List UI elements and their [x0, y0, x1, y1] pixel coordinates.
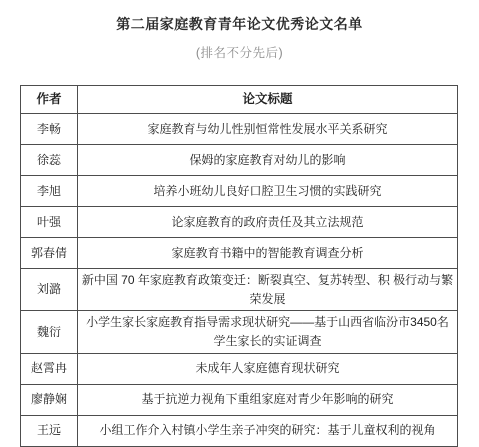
paper-title-cell: 保姆的家庭教育对幼儿的影响	[78, 145, 458, 176]
table-row: 郭春倩 家庭教育书籍中的智能教育调查分析	[21, 238, 458, 269]
author-cell: 刘潞	[21, 269, 78, 311]
table-row: 叶强 论家庭教育的政府责任及其立法规范	[21, 207, 458, 238]
author-cell: 叶强	[21, 207, 78, 238]
paper-title-cell: 基于抗逆力视角下重组家庭对青少年影响的研究	[78, 384, 458, 415]
header-paper-title: 论文标题	[78, 86, 458, 114]
papers-table: 作者 论文标题 李畅 家庭教育与幼儿性别恒常性发展水平关系研究 徐蕊 保姆的家庭…	[20, 85, 458, 446]
paper-title-cell: 小组工作介入村镇小学生亲子冲突的研究：基于儿童权利的视角	[78, 415, 458, 446]
author-cell: 廖静娴	[21, 384, 78, 415]
table-row: 李旭 培养小班幼儿良好口腔卫生习惯的实践研究	[21, 176, 458, 207]
paper-title-cell: 培养小班幼儿良好口腔卫生习惯的实践研究	[78, 176, 458, 207]
author-cell: 李畅	[21, 114, 78, 145]
document-page: 第二届家庭教育青年论文优秀论文名单 (排名不分先后) 作者 论文标题 李畅 家庭…	[0, 0, 479, 447]
paper-title-cell: 新中国 70 年家庭教育政策变迁：断裂真空、复苏转型、积 极行动与繁荣发展	[78, 269, 458, 311]
table-row: 徐蕊 保姆的家庭教育对幼儿的影响	[21, 145, 458, 176]
table-row: 赵霄冉 未成年人家庭德育现状研究	[21, 353, 458, 384]
paper-title-cell: 家庭教育与幼儿性别恒常性发展水平关系研究	[78, 114, 458, 145]
table-row: 王远 小组工作介入村镇小学生亲子冲突的研究：基于儿童权利的视角	[21, 415, 458, 446]
author-cell: 王远	[21, 415, 78, 446]
author-cell: 李旭	[21, 176, 78, 207]
paper-title-cell: 家庭教育书籍中的智能教育调查分析	[78, 238, 458, 269]
paper-title-cell: 小学生家长家庭教育指导需求现状研究——基于山西省临汾市3450名学生家长的实证调…	[78, 311, 458, 353]
table-row: 廖静娴 基于抗逆力视角下重组家庭对青少年影响的研究	[21, 384, 458, 415]
author-cell: 徐蕊	[21, 145, 78, 176]
table-row: 刘潞 新中国 70 年家庭教育政策变迁：断裂真空、复苏转型、积 极行动与繁荣发展	[21, 269, 458, 311]
author-cell: 魏衍	[21, 311, 78, 353]
table-row: 魏衍 小学生家长家庭教育指导需求现状研究——基于山西省临汾市3450名学生家长的…	[21, 311, 458, 353]
author-cell: 赵霄冉	[21, 353, 78, 384]
paper-title-cell: 未成年人家庭德育现状研究	[78, 353, 458, 384]
table-row: 李畅 家庭教育与幼儿性别恒常性发展水平关系研究	[21, 114, 458, 145]
paper-title-cell: 论家庭教育的政府责任及其立法规范	[78, 207, 458, 238]
header-author: 作者	[21, 86, 78, 114]
page-subtitle: (排名不分先后)	[0, 43, 479, 61]
author-cell: 郭春倩	[21, 238, 78, 269]
page-title: 第二届家庭教育青年论文优秀论文名单	[0, 15, 479, 33]
table-header-row: 作者 论文标题	[21, 86, 458, 114]
